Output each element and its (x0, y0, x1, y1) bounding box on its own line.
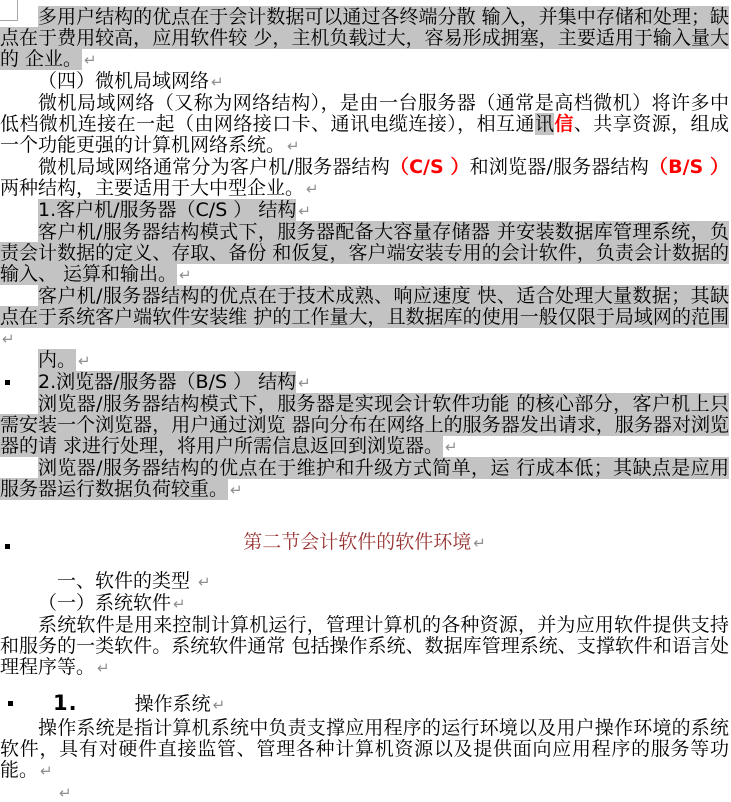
paragraph-os-title: 1.操作系统↵ (0, 691, 729, 718)
paragraph-mark-icon: ↵ (304, 180, 319, 198)
paragraph-lan-definition: 微机局域网络（又称为网络结构），是由一台服务器（通常是高档微机）将许多中低档微机… (0, 93, 729, 157)
text-run: 内。 (38, 349, 76, 371)
document-paragraphs: 多用户结构的优点在于会计数据可以通过各终端分散 输入，并集中存储和处理；缺点在于… (0, 7, 729, 802)
paragraph-mark-icon: ↵ (95, 659, 110, 677)
paragraph-mark-icon: ↵ (471, 534, 486, 552)
paragraph-mark-icon: ↵ (57, 784, 72, 802)
text-run: （B/S ） (649, 156, 729, 178)
paragraph-mark-icon: ↵ (82, 51, 97, 69)
text-run: （C/S ） (390, 156, 470, 178)
paragraph-mark-icon: ↵ (443, 438, 458, 456)
text-run: 1.客户机/服务器（C/S ） 结构 (38, 199, 296, 221)
paragraph-mark-icon: ↵ (228, 481, 243, 499)
paragraph-lan-two-structures: 微机局域网络通常分为客户机/服务器结构（C/S ）和浏览器/服务器结构（B/S … (0, 157, 729, 200)
text-run: 信 (554, 113, 573, 135)
text-run: 客户机/服务器结构模式下，服务器配备大容量存储器 并安装数据库管理系统，负责会计… (0, 221, 729, 285)
text-run: 1. (53, 691, 78, 715)
text-run: 一、软件的类型 (57, 570, 196, 592)
text-run: 客户机/服务器结构的优点在于技术成熟、响应速度 快、适合处理大量数据；其缺点在于… (0, 285, 729, 328)
document-canvas[interactable]: 多用户结构的优点在于会计数据可以通过各终端分散 输入，并集中存储和处理；缺点在于… (0, 0, 731, 802)
text-run: （四）微机局域网络 (38, 70, 209, 92)
text-run: 2.浏览器/服务器（B/S ） 结构 (38, 371, 296, 393)
text-run: 操作系统 (135, 693, 211, 715)
paragraph-section-heading: 第二节会计软件的软件环境↵ (0, 532, 729, 554)
text-run: 微机局域网络通常分为客户机/服务器结构 (38, 156, 390, 178)
paragraph-mark-icon: ↵ (296, 202, 311, 220)
paragraph-heading-si-lan: （四）微机局域网络↵ (0, 71, 729, 93)
paragraph-mark-icon: ↵ (171, 595, 186, 613)
paragraph-bs-structure-detail: 浏览器/服务器结构模式下，服务器是实现会计软件功能 的核心部分，客户机上只需安装… (0, 394, 729, 458)
paragraph-mark-icon: ↵ (76, 352, 91, 370)
paragraph-mark-icon: ↵ (177, 266, 192, 284)
text-run: 和浏览器/服务器结构 (470, 156, 649, 178)
paragraph-mark-icon: ↵ (209, 73, 224, 91)
text-run: 多用户结构的优点在于会计数据可以通过各终端分散 输入，并集中存储和处理；缺点在于… (0, 6, 729, 70)
text-run: 第二节会计软件的软件环境 (243, 531, 471, 553)
paragraph-system-software-title: （一）系统软件↵ (0, 593, 729, 615)
paragraph-bs-pros-cons: 浏览器/服务器结构的优点在于维护和升级方式简单，运 行成本低；其缺点是应用服务器… (0, 458, 729, 501)
paragraph-mark-icon: ↵ (196, 573, 211, 591)
paragraph-empty: ↵ (0, 782, 729, 802)
paragraph-mark-icon: ↵ (0, 330, 15, 348)
paragraph-system-software-detail: 系统软件是用来控制计算机运行，管理计算机的各种资源，并为应用软件提供支持和服务的… (0, 615, 729, 679)
paragraph-os-detail: 操作系统是指计算机系统中负责支撑应用程序的运行环境以及用户操作环境的系统软件，具… (0, 718, 729, 782)
text-run: 讯 (535, 113, 554, 135)
text-run: 浏览器/服务器结构的优点在于维护和升级方式简单，运 行成本低；其缺点是应用服务器… (0, 457, 729, 500)
paragraph-nei-fragment: 内。↵ (0, 350, 729, 372)
outline-bullet-icon (5, 380, 10, 385)
paragraph-mark-icon: ↵ (38, 762, 53, 780)
paragraph-bs-structure-title: 2.浏览器/服务器（B/S ） 结构↵ (0, 372, 729, 394)
paragraph-mark-icon: ↵ (296, 374, 311, 392)
outline-bullet-icon (5, 544, 10, 549)
paragraph-cs-structure-detail: 客户机/服务器结构模式下，服务器配备大容量存储器 并安装数据库管理系统，负责会计… (0, 222, 729, 286)
paragraph-multi-user-pros-cons: 多用户结构的优点在于会计数据可以通过各终端分散 输入，并集中存储和处理；缺点在于… (0, 7, 729, 71)
paragraph-mark-icon: ↵ (285, 137, 300, 155)
text-run: 浏览器/服务器结构模式下，服务器是实现会计软件功能 的核心部分，客户机上只需安装… (0, 393, 729, 457)
text-run: 两种结构，主要适用于大中型企业。 (0, 177, 304, 199)
outline-bullet-icon (8, 701, 13, 706)
paragraph-cs-pros-cons: 客户机/服务器结构的优点在于技术成熟、响应速度 快、适合处理大量数据；其缺点在于… (0, 286, 729, 350)
text-run: （一）系统软件 (38, 592, 171, 614)
text-run: 操作系统是指计算机系统中负责支撑应用程序的运行环境以及用户操作环境的系统软件，具… (0, 717, 729, 781)
paragraph-software-types-title: 一、软件的类型 ↵ (0, 571, 729, 593)
paragraph-mark-icon: ↵ (211, 696, 226, 714)
paragraph-cs-structure-title: 1.客户机/服务器（C/S ） 结构↵ (0, 200, 729, 222)
